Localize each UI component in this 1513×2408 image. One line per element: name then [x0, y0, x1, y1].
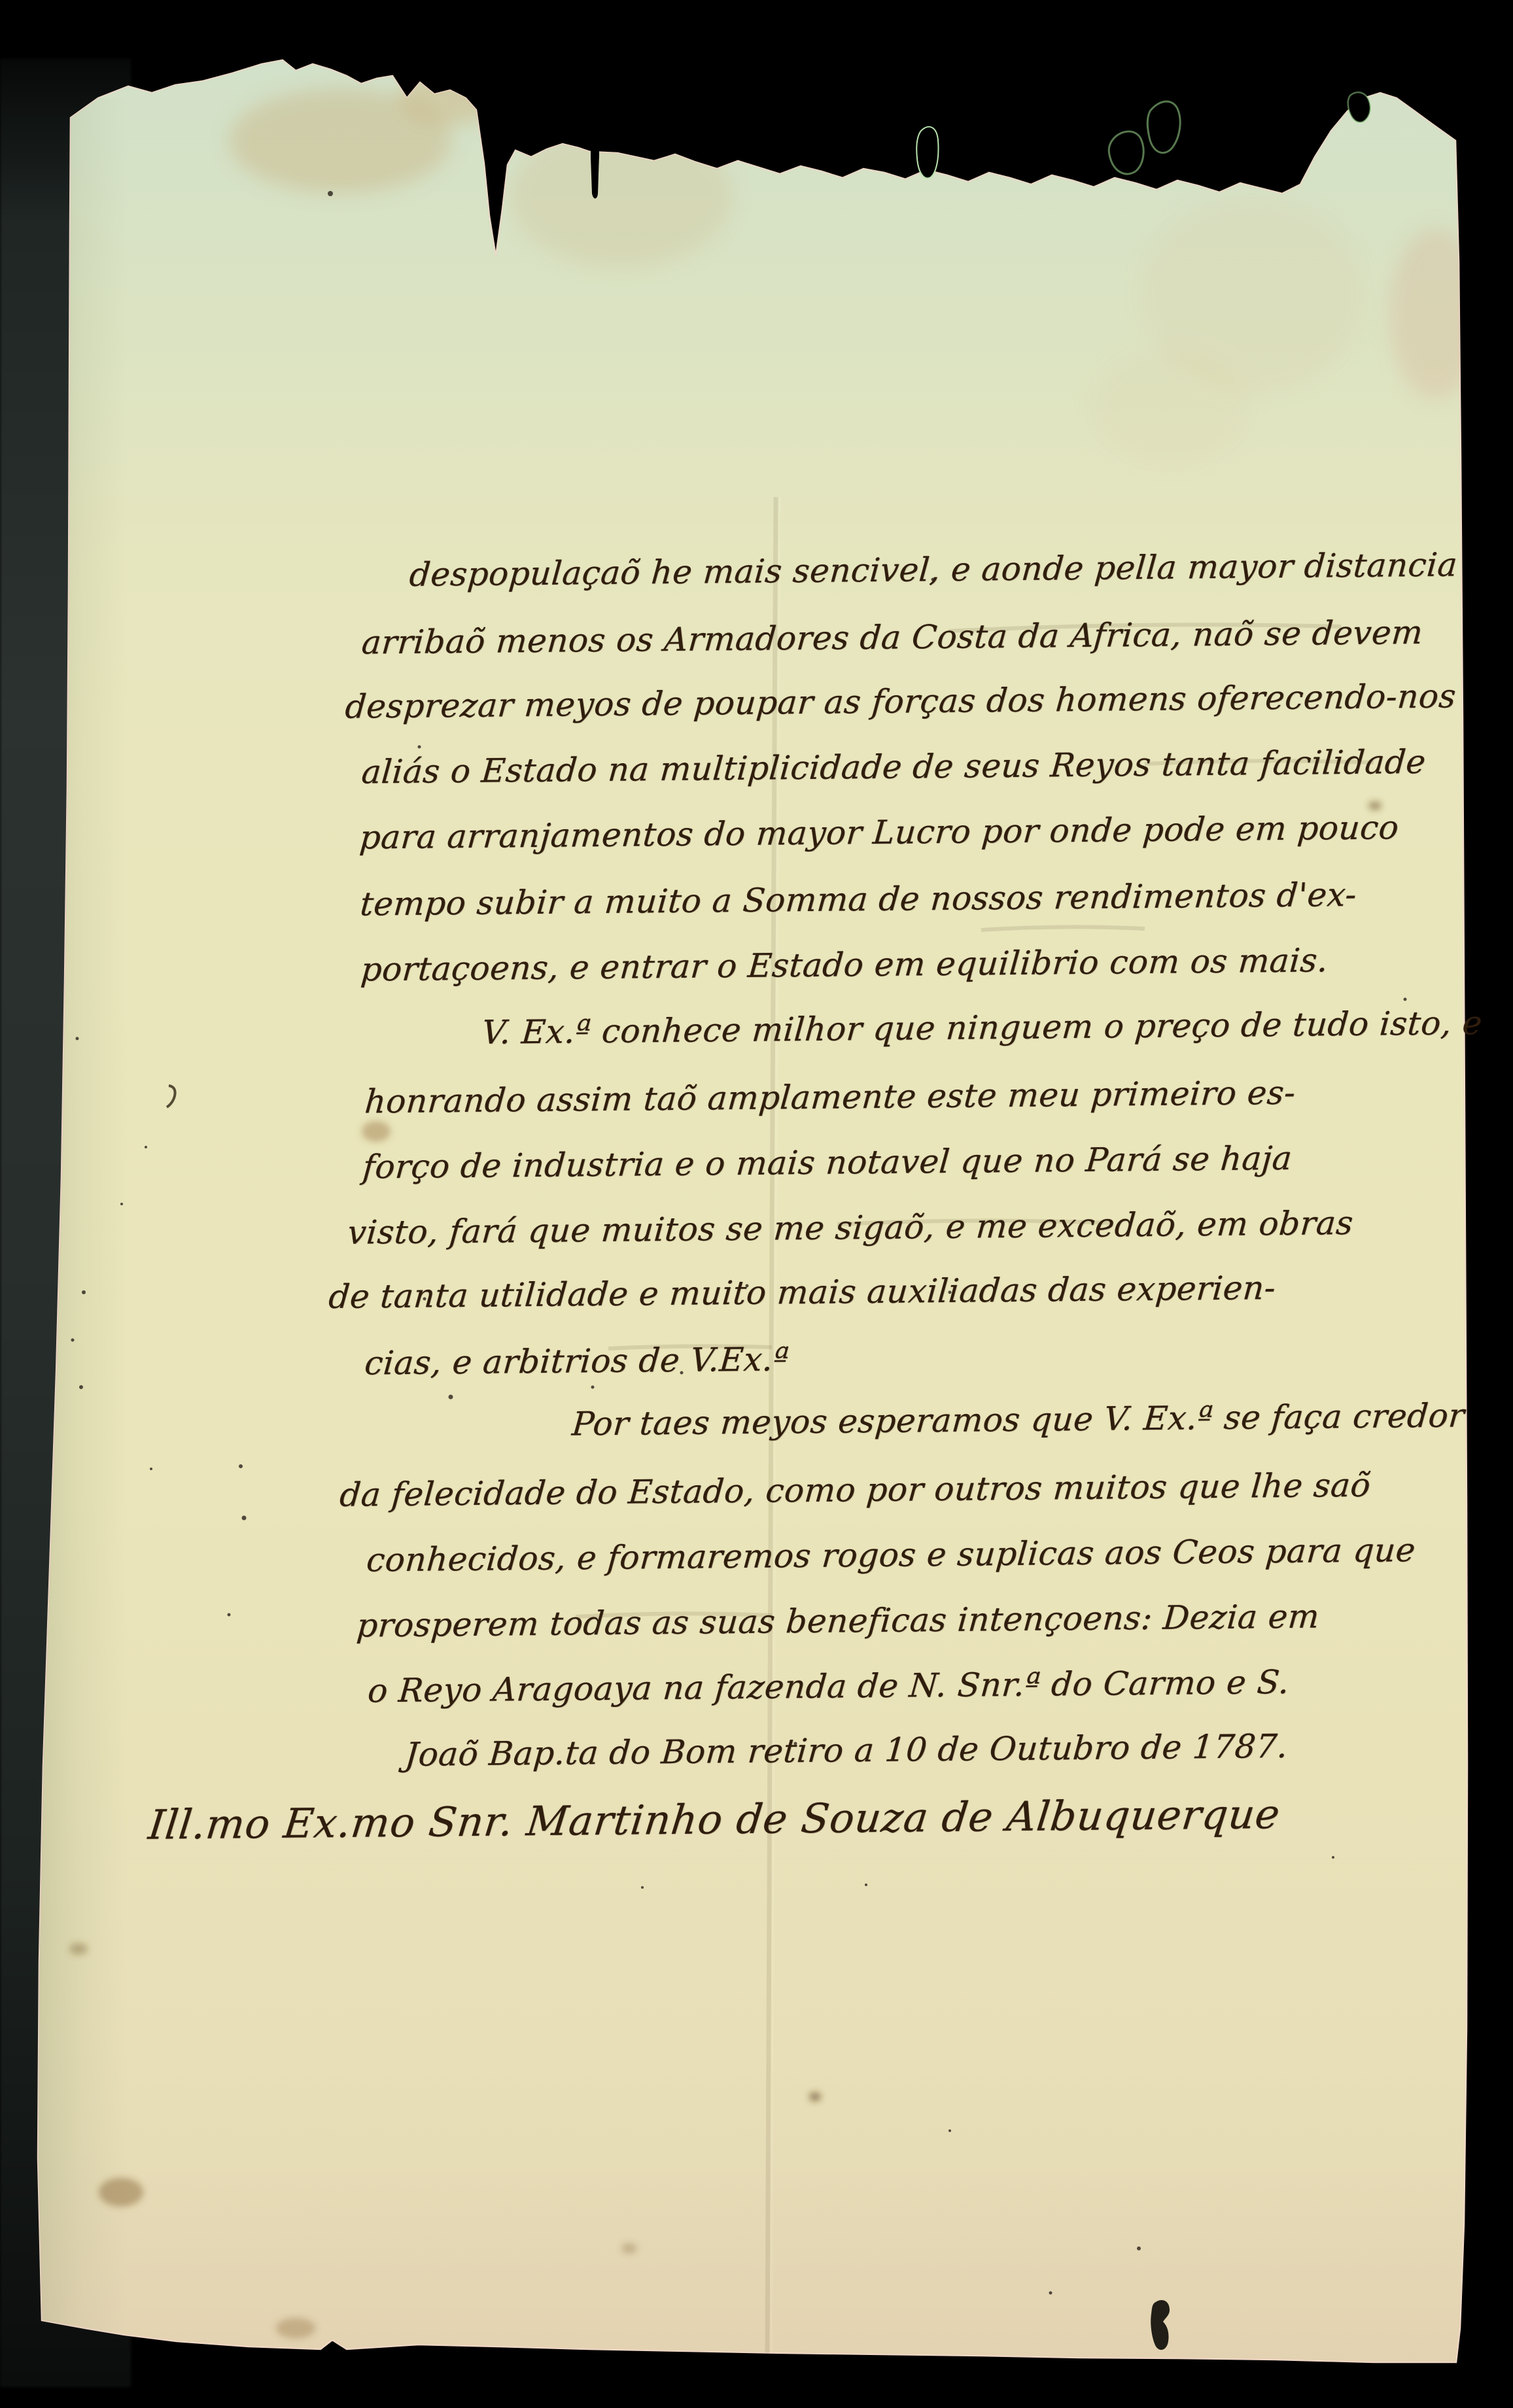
text-line: cias, e arbitrios de V.Ex.ª [363, 1340, 790, 1382]
text-line: V. Ex.ª conhece milhor que ninguem o pre… [481, 1004, 1484, 1052]
text-line: portaçoens, e entrar o Estado em equilib… [360, 941, 1330, 988]
manuscript-text: despopulaçaõ he mais sencivel, e aonde p… [0, 0, 1513, 2408]
text-line: Por taes meyos esperamos que V. Ex.ª se … [570, 1396, 1466, 1443]
text-line: despopulaçaõ he mais sencivel, e aonde p… [408, 545, 1459, 593]
text-line: da felecidade do Estado, como por outros… [338, 1466, 1372, 1514]
closing-address-line: Ill.mo Ex.mo Snr. Martinho de Souza de A… [146, 1790, 1283, 1849]
text-line: conhecidos, e formaremos rogos e suplica… [365, 1531, 1417, 1579]
text-line: tempo subir a muito a Somma de nossos re… [359, 876, 1359, 923]
text-line: visto, fará que muitos se me sigaõ, e me… [346, 1204, 1355, 1252]
text-line: desprezar meyos de poupar as forças dos … [344, 677, 1457, 725]
text-line: Joaõ Bap.ta do Bom retiro a 10 de Outubr… [404, 1727, 1289, 1774]
text-line: arribaõ menos os Armadores da Costa da A… [360, 613, 1425, 662]
text-line: aliás o Estado na multiplicidade de seus… [360, 743, 1427, 791]
text-line: prosperem todas as suas beneficas intenç… [355, 1598, 1321, 1645]
text-line: para arranjamentos do mayor Lucro por on… [358, 808, 1400, 856]
manuscript-scan: despopulaçaõ he mais sencivel, e aonde p… [0, 0, 1513, 2408]
text-line: forço de industria e o mais notavel que … [361, 1139, 1293, 1186]
text-line: o Reyo Aragoaya na fazenda de N. Snr.ª d… [366, 1663, 1291, 1710]
text-line: honrando assim taõ amplamente este meu p… [364, 1074, 1297, 1121]
text-line: de tanta utilidade e muito mais auxiliad… [327, 1269, 1277, 1316]
